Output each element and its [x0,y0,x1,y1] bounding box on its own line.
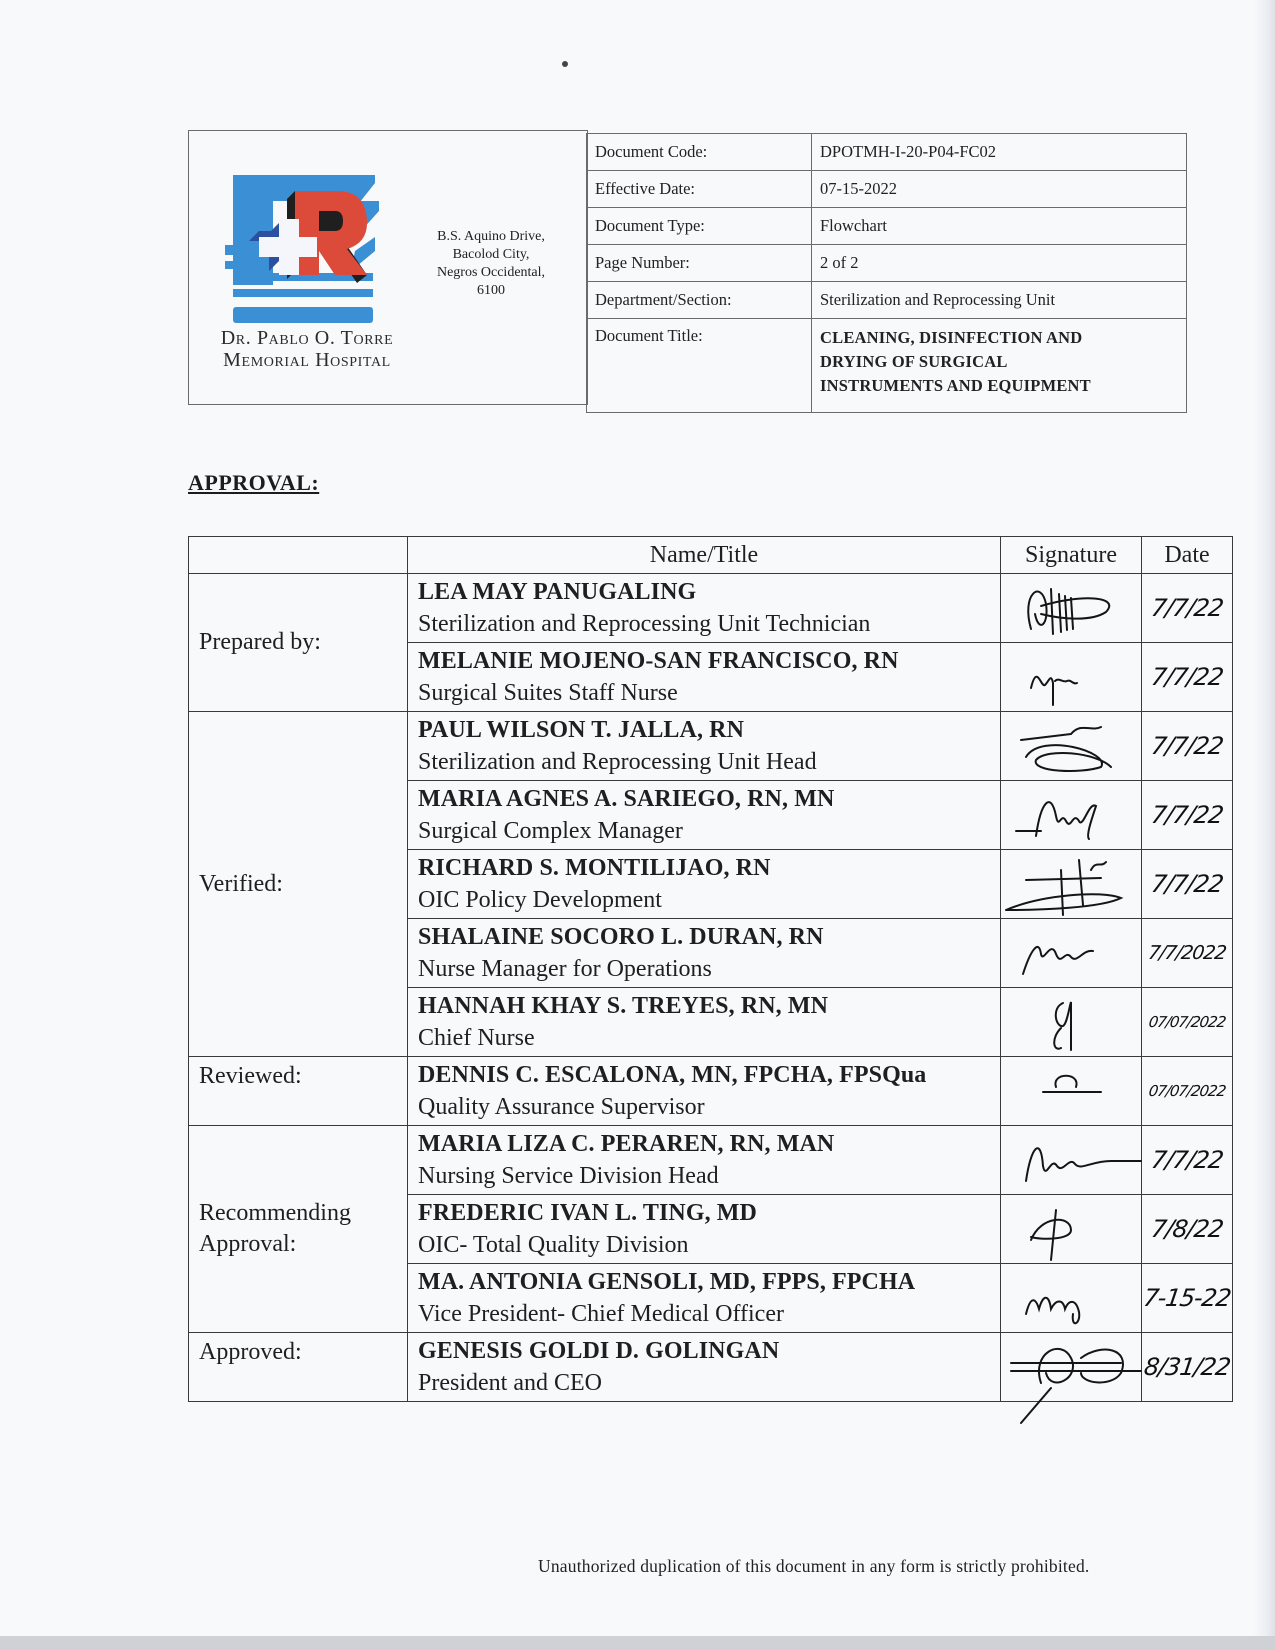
approval-row: Approved:GENESIS GOLDI D. GOLINGANPresid… [189,1333,1233,1402]
handwritten-date: 07/07/2022 [1142,988,1233,1057]
handwritten-signature-icon [1001,643,1141,709]
handwritten-date: 7/7/22 [1142,712,1233,781]
date-value: 7/8/22 [1140,1215,1234,1243]
approver-name: GENESIS GOLDI D. GOLINGAN [418,1335,990,1368]
approver-cell: PAUL WILSON T. JALLA, RNSterilization an… [408,712,1001,781]
approver-cell: SHALAINE SOCORO L. DURAN, RNNurse Manage… [408,919,1001,988]
hospital-name: Dr. Pablo O. Torre Memorial Hospital [201,327,413,371]
date-value: 7/7/22 [1140,732,1234,760]
date-value: 7/7/22 [1140,594,1234,622]
meta-label: Document Code: [587,134,812,171]
meta-value: Flowchart [812,208,1187,245]
handwritten-signature-icon [1001,781,1141,847]
approval-role: Reviewed: [189,1057,408,1126]
hospital-address: B.S. Aquino Drive, Bacolod City, Negros … [421,228,561,300]
handwritten-signature-icon [1001,574,1141,640]
meta-row-department: Department/Section: Sterilization and Re… [587,282,1187,319]
approver-cell: MELANIE MOJENO-SAN FRANCISCO, RNSurgical… [408,643,1001,712]
document-title-line: CLEANING, DISINFECTION AND [820,326,1178,350]
footer-disclaimer: Unauthorized duplication of this documen… [538,1556,1089,1577]
approval-role: Verified: [189,712,408,1057]
col-date-header: Date [1142,537,1233,574]
handwritten-signature-icon [1001,850,1141,916]
date-value: 07/07/2022 [1141,1082,1234,1100]
handwritten-signature-icon [1001,712,1141,778]
handwritten-date: 7-15-22 [1142,1264,1233,1333]
document-title: CLEANING, DISINFECTION AND DRYING OF SUR… [812,319,1187,413]
approver-cell: LEA MAY PANUGALINGSterilization and Repr… [408,574,1001,643]
meta-value: DPOTMH-I-20-P04-FC02 [812,134,1187,171]
approval-heading: APPROVAL: [188,470,319,496]
meta-row-effective-date: Effective Date: 07-15-2022 [587,171,1187,208]
signature-cell [1001,712,1142,781]
approver-title: Vice President- Chief Medical Officer [418,1299,990,1330]
approver-cell: HANNAH KHAY S. TREYES, RN, MNChief Nurse [408,988,1001,1057]
date-value: 07/07/2022 [1141,1013,1234,1031]
handwritten-signature-icon [1001,988,1141,1054]
approver-name: DENNIS C. ESCALONA, MN, FPCHA, FPSQua [418,1059,990,1092]
approver-name: MARIA LIZA C. PERAREN, RN, MAN [418,1128,990,1161]
approver-title: Nurse Manager for Operations [418,954,990,985]
signature-cell [1001,1264,1142,1333]
signature-cell [1001,1057,1142,1126]
approver-title: Sterilization and Reprocessing Unit Tech… [418,609,990,640]
signature-cell [1001,643,1142,712]
scan-page-edge [1253,0,1275,1650]
meta-label: Effective Date: [587,171,812,208]
signature-cell [1001,988,1142,1057]
approver-title: Surgical Complex Manager [418,816,990,847]
approver-cell: GENESIS GOLDI D. GOLINGANPresident and C… [408,1333,1001,1402]
date-value: 7/7/22 [1140,663,1234,691]
hospital-logo-icon [225,171,381,326]
handwritten-signature-icon [1001,1195,1141,1261]
col-signature-header: Signature [1001,537,1142,574]
address-line: Negros Occidental, [421,264,561,282]
approver-name: LEA MAY PANUGALING [418,576,990,609]
approver-title: Quality Assurance Supervisor [418,1092,990,1123]
approver-title: Nursing Service Division Head [418,1161,990,1192]
meta-label: Department/Section: [587,282,812,319]
approver-cell: RICHARD S. MONTILIJAO, RNOIC Policy Deve… [408,850,1001,919]
signature-cell [1001,1333,1142,1402]
date-value: 7/7/22 [1140,870,1234,898]
approval-row: Reviewed:DENNIS C. ESCALONA, MN, FPCHA, … [189,1057,1233,1126]
signature-cell [1001,1126,1142,1195]
handwritten-signature-icon [1001,1057,1141,1123]
approval-table: Name/Title Signature Date Prepared by:LE… [188,536,1233,1402]
signature-cell [1001,781,1142,850]
approver-name: MELANIE MOJENO-SAN FRANCISCO, RN [418,645,990,678]
handwritten-date: 7/7/22 [1142,643,1233,712]
approver-name: SHALAINE SOCORO L. DURAN, RN [418,921,990,954]
date-value: 8/31/22 [1140,1353,1234,1381]
document-header: Dr. Pablo O. Torre Memorial Hospital B.S… [188,130,588,405]
signature-cell [1001,919,1142,988]
date-value: 7/7/2022 [1140,942,1233,964]
signature-cell [1001,850,1142,919]
approver-name: PAUL WILSON T. JALLA, RN [418,714,990,747]
handwritten-date: 7/8/22 [1142,1195,1233,1264]
approver-title: Sterilization and Reprocessing Unit Head [418,747,990,778]
meta-row-document-title: Document Title: CLEANING, DISINFECTION A… [587,319,1187,413]
meta-label: Page Number: [587,245,812,282]
hospital-name-line1: Dr. Pablo O. Torre [201,327,413,349]
handwritten-date: 8/31/22 [1142,1333,1233,1402]
approval-role: Prepared by: [189,574,408,712]
address-line: Bacolod City, [421,246,561,264]
approver-title: OIC- Total Quality Division [418,1230,990,1261]
approval-header-row: Name/Title Signature Date [189,537,1233,574]
meta-value: 2 of 2 [812,245,1187,282]
scan-speck [562,61,568,67]
approver-title: Chief Nurse [418,1023,990,1054]
approver-name: MARIA AGNES A. SARIEGO, RN, MN [418,783,990,816]
approver-cell: MA. ANTONIA GENSOLI, MD, FPPS, FPCHAVice… [408,1264,1001,1333]
date-value: 7/7/22 [1140,1146,1234,1174]
approver-title: OIC Policy Development [418,885,990,916]
approver-name: RICHARD S. MONTILIJAO, RN [418,852,990,885]
handwritten-date: 7/7/22 [1142,781,1233,850]
date-value: 7/7/22 [1140,801,1234,829]
meta-row-document-type: Document Type: Flowchart [587,208,1187,245]
approver-name: HANNAH KHAY S. TREYES, RN, MN [418,990,990,1023]
handwritten-date: 7/7/22 [1142,850,1233,919]
address-line: 6100 [421,282,561,300]
signature-cell [1001,574,1142,643]
approver-cell: MARIA AGNES A. SARIEGO, RN, MNSurgical C… [408,781,1001,850]
date-value: 7-15-22 [1140,1284,1234,1312]
col-name-header: Name/Title [408,537,1001,574]
document-title-line: DRYING OF SURGICAL [820,350,1178,374]
meta-value: Sterilization and Reprocessing Unit [812,282,1187,319]
approver-cell: FREDERIC IVAN L. TING, MDOIC- Total Qual… [408,1195,1001,1264]
approval-role: Recommending Approval: [189,1126,408,1333]
handwritten-date: 7/7/22 [1142,1126,1233,1195]
approval-row: Prepared by:LEA MAY PANUGALINGSterilizat… [189,574,1233,643]
handwritten-signature-icon [1001,1264,1141,1330]
meta-label: Document Title: [587,319,812,413]
approval-row: Verified:PAUL WILSON T. JALLA, RNSterili… [189,712,1233,781]
handwritten-signature-icon [1001,919,1141,985]
approval-row: Recommending Approval:MARIA LIZA C. PERA… [189,1126,1233,1195]
signature-cell [1001,1195,1142,1264]
meta-label: Document Type: [587,208,812,245]
approver-title: Surgical Suites Staff Nurse [418,678,990,709]
meta-value: 07-15-2022 [812,171,1187,208]
scan-bottom-edge [0,1636,1275,1650]
approver-title: President and CEO [418,1368,990,1399]
approval-role: Approved: [189,1333,408,1402]
document-meta-table: Document Code: DPOTMH-I-20-P04-FC02 Effe… [586,133,1187,413]
handwritten-signature-icon [1001,1333,1141,1399]
document-title-line: INSTRUMENTS AND EQUIPMENT [820,374,1178,398]
handwritten-date: 7/7/22 [1142,574,1233,643]
approver-name: FREDERIC IVAN L. TING, MD [418,1197,990,1230]
approver-cell: MARIA LIZA C. PERAREN, RN, MANNursing Se… [408,1126,1001,1195]
address-line: B.S. Aquino Drive, [421,228,561,246]
hospital-name-line2: Memorial Hospital [201,349,413,371]
handwritten-signature-icon [1001,1126,1141,1192]
handwritten-date: 7/7/2022 [1142,919,1233,988]
meta-row-document-code: Document Code: DPOTMH-I-20-P04-FC02 [587,134,1187,171]
approver-name: MA. ANTONIA GENSOLI, MD, FPPS, FPCHA [418,1266,990,1299]
col-role-header [189,537,408,574]
handwritten-date: 07/07/2022 [1142,1057,1233,1126]
approver-cell: DENNIS C. ESCALONA, MN, FPCHA, FPSQuaQua… [408,1057,1001,1126]
meta-row-page-number: Page Number: 2 of 2 [587,245,1187,282]
